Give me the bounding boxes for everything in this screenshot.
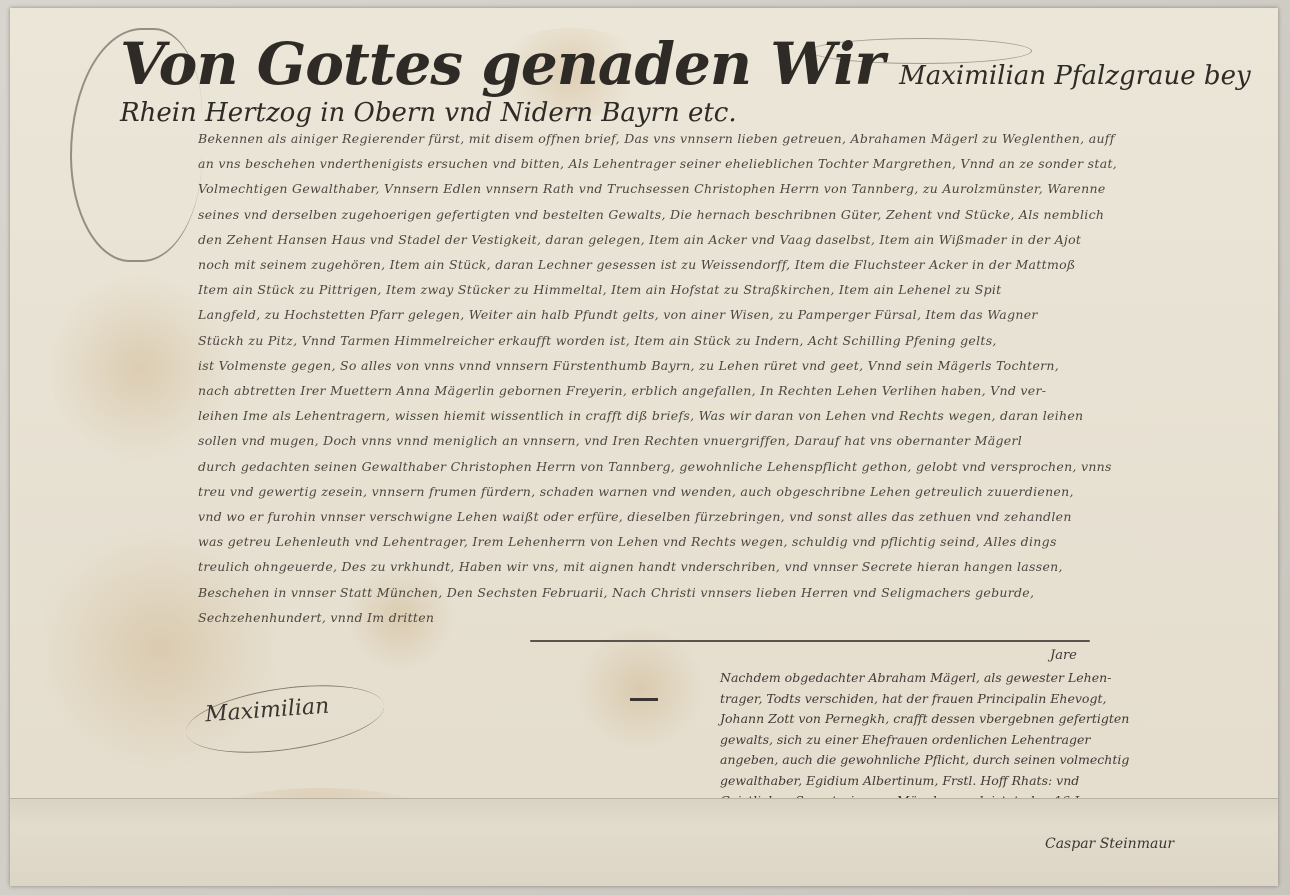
notation-line: gewalthaber, Egidium Albertinum, Frstl. … [720, 771, 1200, 792]
stain [570, 628, 710, 748]
body-line: leihen Ime als Lehentragern, wissen hiem… [198, 403, 1118, 428]
body-line: treu vnd gewertig zesein, vnnsern frumen… [198, 479, 1118, 504]
notation-line: gewalts, sich zu einer Ehefrauen ordenli… [720, 730, 1200, 751]
body-line: an vns beschehen vnderthenigists ersuche… [198, 151, 1118, 176]
document-body: Bekennen als ainiger Regierender fürst, … [198, 126, 1118, 630]
body-line: vnd wo er furohin vnnser verschwigne Leh… [198, 504, 1118, 529]
separator-mark [630, 698, 658, 701]
closing-word: Jare [1050, 648, 1077, 663]
body-line: Beschehen in vnnser Statt München, Den S… [198, 580, 1118, 605]
heading-large: Von Gottes genaden Wir [120, 30, 884, 98]
body-line: nach abtretten Irer Muettern Anna Mägerl… [198, 378, 1118, 403]
notation-line: Nachdem obgedachter Abraham Mägerl, als … [720, 668, 1200, 689]
date-underline-flourish [530, 640, 1090, 642]
body-line: Stückh zu Pitz, Vnnd Tarmen Himmelreiche… [198, 328, 1118, 353]
countersignature: Caspar Steinmaur [1045, 836, 1174, 852]
body-line: noch mit seinem zugehören, Item ain Stüc… [198, 252, 1118, 277]
body-line: Item ain Stück zu Pittrigen, Item zway S… [198, 277, 1118, 302]
document-heading: Von Gottes genaden Wir Maximilian Pfalzg… [120, 30, 1278, 128]
body-line: Sechzehenhundert, vnnd Im dritten [198, 605, 1118, 630]
parchment-document: Von Gottes genaden Wir Maximilian Pfalzg… [10, 8, 1278, 886]
body-line: seines vnd derselben zugehoerigen gefert… [198, 202, 1118, 227]
notation-line: trager, Todts verschiden, hat der frauen… [720, 689, 1200, 710]
body-line: den Zehent Hansen Haus vnd Stadel der Ve… [198, 227, 1118, 252]
body-line: durch gedachten seinen Gewalthaber Chris… [198, 454, 1118, 479]
body-line: Bekennen als ainiger Regierender fürst, … [198, 126, 1118, 151]
notation-line: Johann Zott von Pernegkh, crafft dessen … [720, 709, 1200, 730]
body-line: treulich ohngeuerde, Des zu vrkhundt, Ha… [198, 554, 1118, 579]
body-line: Volmechtigen Gewalthaber, Vnnsern Edlen … [198, 176, 1118, 201]
body-line: was getreu Lehenleuth vnd Lehentrager, I… [198, 529, 1118, 554]
body-line: ist Volmenste gegen, So alles von vnns v… [198, 353, 1118, 378]
body-line: Langfeld, zu Hochstetten Pfarr gelegen, … [198, 302, 1118, 327]
body-line: sollen vnd mugen, Doch vnns vnnd menigli… [198, 428, 1118, 453]
notation-line: angeben, auch die gewohnliche Pflicht, d… [720, 750, 1200, 771]
